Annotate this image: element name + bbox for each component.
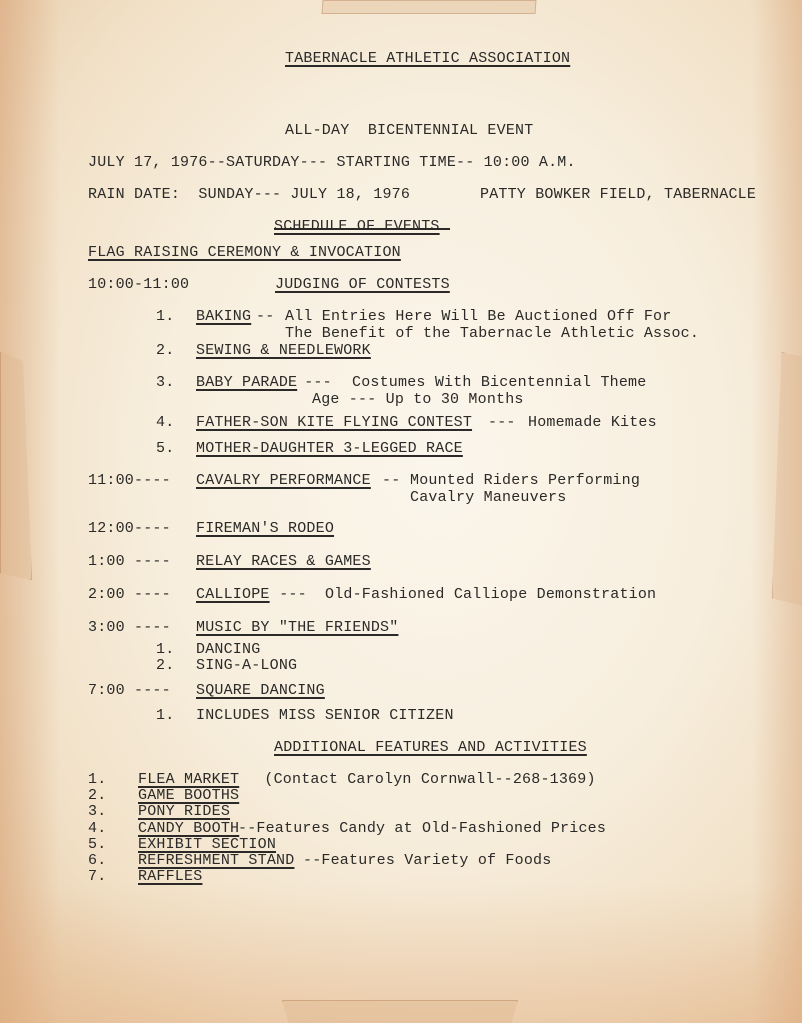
divider-rule: [274, 228, 450, 230]
date-line: JULY 17, 1976--SATURDAY--- STARTING TIME…: [88, 154, 576, 171]
location: PATTY BOWKER FIELD, TABERNACLE: [480, 186, 756, 203]
event-title: ALL-DAY BICENTENNIAL EVENT: [285, 122, 533, 139]
schedule-heading: SCHEDULE OF EVENTS: [274, 218, 440, 235]
additional-heading: ADDITIONAL FEATURES AND ACTIVITIES: [274, 739, 587, 756]
judging-title: JUDGING OF CONTESTS: [275, 276, 450, 293]
rain-date: RAIN DATE: SUNDAY--- JULY 18, 1976: [88, 186, 410, 203]
judging-time: 10:00-11:00: [88, 276, 189, 293]
opening-ceremony: FLAG RAISING CEREMONY & INVOCATION: [88, 244, 401, 261]
tape-bottom: [282, 1000, 518, 1023]
tape-top: [322, 0, 537, 14]
organization-title: TABERNACLE ATHLETIC ASSOCIATION: [285, 50, 570, 67]
